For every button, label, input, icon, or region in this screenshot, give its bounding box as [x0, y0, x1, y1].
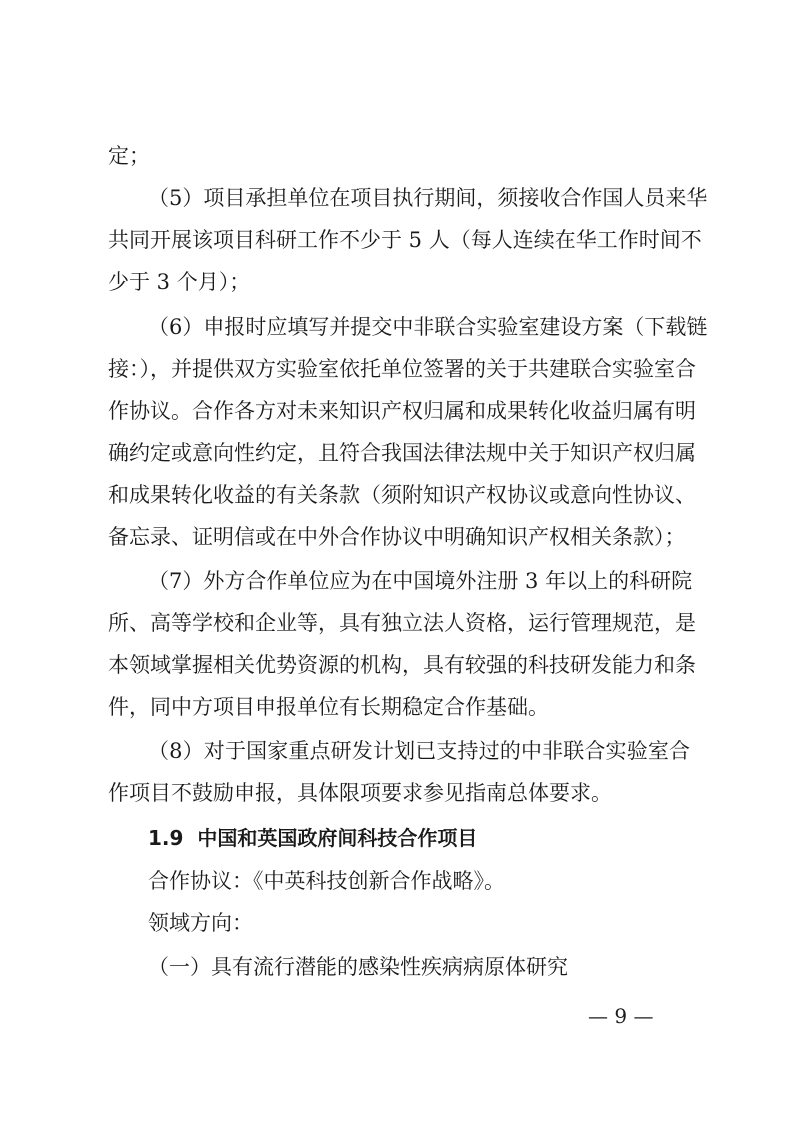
section-heading: 1.9 中国和英国政府间科技合作项目: [148, 823, 477, 853]
item-6-line-3: 作协议。合作各方对未来知识产权归属和成果转化收益归属有明: [108, 396, 690, 426]
item-6-line-1: （6）申报时应填写并提交中非联合实验室建设方案（下载链: [148, 312, 690, 342]
item-8-line-1: （8）对于国家重点研发计划已支持过的中非联合实验室合: [148, 736, 690, 766]
field-direction-label: 领域方向：: [148, 908, 253, 938]
item-6-line-2: 接：），并提供双方实验室依托单位签署的关于共建联合实验室合: [108, 354, 690, 384]
item-6-line-4: 确约定或意向性约定，且符合我国法律法规中关于知识产权归属: [108, 438, 690, 468]
item-7-line-1: （7）外方合作单位应为在中国境外注册 3 年以上的科研院: [148, 566, 690, 596]
subsection-heading: （一）具有流行潜能的感染性疾病病原体研究: [148, 952, 568, 982]
document-page: 定； （5）项目承担单位在项目执行期间，须接收合作国人员来华 共同开展该项目科研…: [0, 0, 794, 1123]
item-5-line-2: 共同开展该项目科研工作不少于 5 人（每人连续在华工作时间不: [108, 225, 690, 255]
section-title: 中国和英国政府间科技合作项目: [197, 826, 477, 850]
item-7-line-2: 所、高等学校和企业等，具有独立法人资格，运行管理规范，是: [108, 608, 690, 638]
item-6-line-6: 备忘录、证明信或在中外合作协议中明确知识产权相关条款）；: [108, 522, 690, 552]
section-number: 1.9: [148, 826, 183, 850]
item-6-line-5: 和成果转化收益的有关条款（须附知识产权协议或意向性协议、: [108, 480, 690, 510]
paragraph-continuation: 定；: [108, 141, 690, 171]
page-number: — 9 —: [588, 1003, 653, 1029]
cooperation-agreement: 合作协议：《中英科技创新合作战略》。: [148, 866, 505, 896]
item-8-line-2: 作项目不鼓励申报，具体限项要求参见指南总体要求。: [108, 778, 690, 808]
item-7-line-4: 件，同中方项目申报单位有长期稳定合作基础。: [108, 692, 690, 722]
item-5-line-1: （5）项目承担单位在项目执行期间，须接收合作国人员来华: [148, 183, 690, 213]
item-5-line-3: 少于 3 个月）；: [108, 267, 690, 297]
item-7-line-3: 本领域掌握相关优势资源的机构，具有较强的科技研发能力和条: [108, 650, 690, 680]
